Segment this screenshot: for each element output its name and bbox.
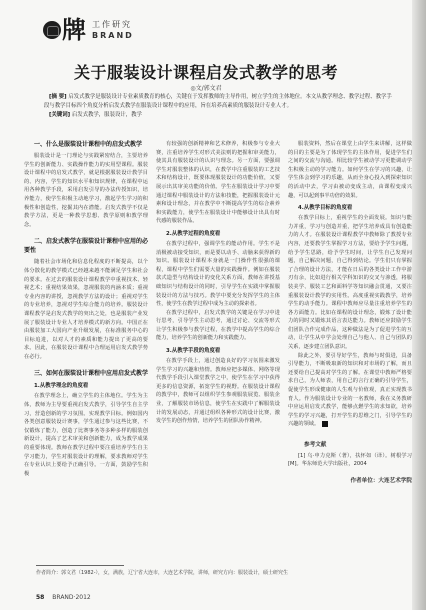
column-1: 一、什么是服装设计课程中的启发式教学 服装设计是一门理论与实践紧密结合，主要培养…	[24, 140, 148, 560]
keywords-paragraph: [关键词] 启发式教学，服装设计，教学	[44, 111, 394, 120]
keywords-label: [关键词]	[49, 112, 70, 118]
author-footnote: 作者简介：郭文君（1982-），女，满族，辽宁省大连市，大连艺术学院，讲师，研究…	[36, 569, 288, 576]
article-title: 关于服装设计课程启发式教学的思考	[0, 60, 412, 83]
article-body: 一、什么是服装设计课程中的启发式教学 服装设计是一门理论与实践紧密结合，主要培养…	[24, 140, 412, 560]
section-label-en: BRAND	[92, 30, 134, 41]
end-of-article-icon	[322, 421, 328, 427]
section-label-cn: 工作研究	[92, 19, 134, 30]
body-paragraph: 在教学过程中，强调学生的能动作用。学生不是消极被动接受知识，而是要以动手、动脑来…	[156, 240, 280, 309]
body-paragraph: 服装资料，然后在课堂上由学生来讲解，这样做的目的主要是为了体现学生的主体作用，促…	[288, 140, 412, 200]
section-label: 工作研究 BRAND	[92, 19, 134, 41]
page-folio: 58 BRAND·2012	[36, 594, 91, 601]
reference-item: [1] 乌·申力克斯（著），扶怀如（译）。树根学习[M]。华东师范大学出版社，2…	[288, 452, 412, 469]
body-paragraph: 在教学过程中，启发式教学的关键是在学习中进行思考，引导学生主动思考，通过讨论、交…	[156, 309, 280, 343]
body-paragraph: 在教学手段上，通过创造良好的学习氛围来激发学生学习的兴趣和热情。教师应把多媒体、…	[156, 357, 280, 426]
brand-emblem-icon	[43, 21, 61, 39]
magazine-page: 牌 工作研究 BRAND 关于服装设计课程启发式教学的思考 ◎文/郭文君 [摘 …	[0, 0, 412, 610]
article-byline: ◎文/郭文君	[0, 83, 412, 92]
author-affiliation: 作者单位：大连艺术学院	[288, 477, 412, 486]
subsection-heading: 1.从教学理念的角度看	[24, 382, 148, 391]
subsection-heading: 4.从教学目标的角度看	[288, 204, 412, 213]
section-heading: 三、如何在服装设计课程中应用启发式教学	[24, 369, 148, 378]
abstract-text: 启发式教学是服装设计专业素质教育的核心，关键在于发挥教师的主导作用，树立学生的主…	[44, 94, 392, 109]
abstract-block: [摘 要] 启发式教学是服装设计专业素质教育的核心，关键在于发挥教师的主导作用，…	[44, 93, 394, 120]
page-spine-shadow	[412, 0, 426, 610]
body-paragraph: 除此之外，要引导好学生，教师与时俱进，具备引导能力，不断吸取新的知识和对市场的了…	[288, 352, 412, 429]
abstract-paragraph: [摘 要] 启发式教学是服装设计专业素质教育的核心，关键在于发挥教师的主导作用，…	[44, 93, 394, 111]
column-3: 服装资料，然后在课堂上由学生来讲解，这样做的目的主要是为了体现学生的主体作用，促…	[288, 140, 412, 560]
issue-label: BRAND·2012	[52, 594, 90, 601]
section-heading: 二、启发式教学在服装设计课程中应用的必要性	[24, 237, 148, 255]
body-paragraph: 在教学理念上，确立学生的主体地位。学生为主体，教师为主导要重视启发式教学，引导学…	[24, 392, 148, 478]
subsection-heading: 2.从教学过程的角度看	[156, 230, 280, 239]
subsection-heading: 3.从教学手段的角度看	[156, 347, 280, 356]
keywords-text: 启发式教学，服装设计，教学	[72, 112, 142, 118]
section-heading: 一、什么是服装设计课程中的启发式教学	[24, 140, 148, 149]
column-2: 有较强的创新精神和艺术修养，积极参与专业大赛，注重培养学生对形式美法则的把握和审…	[156, 140, 280, 560]
page-number: 58	[36, 594, 44, 601]
body-paragraph: 服装设计是一门理论与实践紧密结合，主要培养学生的创新能力、实践操作能力的实用型课…	[24, 152, 148, 229]
abstract-label: [摘 要]	[49, 94, 67, 100]
body-paragraph: 随着社会市场化和信息化程度的不断提高，以个体分散化的教学模式已经越来越不能满足学…	[24, 258, 148, 361]
body-paragraph: 有较强的创新精神和艺术修养，积极参与专业大赛，注重培养学生对形式美法则的把握和审…	[156, 140, 280, 226]
brand-logo-char: 牌	[62, 18, 86, 42]
body-paragraph: 在教学目标上，重视学生的全面发展。知识与能力并重，学习与创造并重，把学生培养成具…	[288, 214, 412, 352]
references-heading: 参考文献	[304, 441, 412, 450]
closing-paragraph-text: 除此之外，要引导好学生，教师与时俱进，具备引导能力，不断吸取新的知识和对市场的了…	[288, 353, 412, 428]
masthead: 牌 工作研究 BRAND	[43, 18, 134, 42]
footnote-divider	[36, 565, 124, 566]
